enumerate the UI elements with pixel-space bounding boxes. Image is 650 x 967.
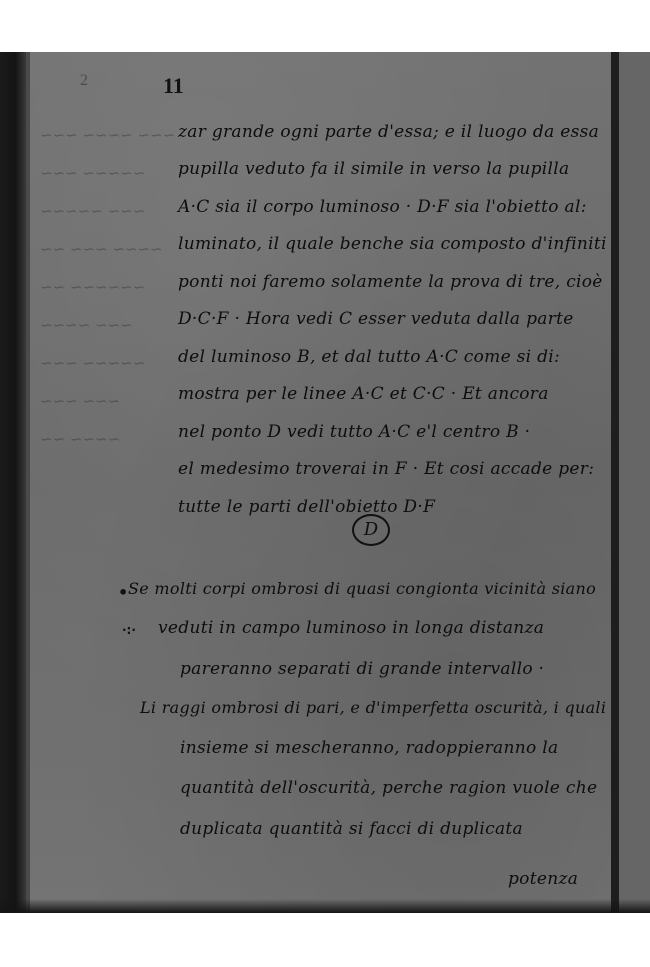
bleed-through-text: ~~~ ~~~~ ~~~ — [40, 126, 175, 138]
text-line: pupilla veduto fa il simile in verso la … — [178, 159, 569, 179]
text-line: pareranno separati di grande intervallo … — [180, 659, 544, 679]
text-line: ponti noi faremo solamente la prova di t… — [178, 272, 603, 292]
margin-dots-mark: ·:· — [122, 623, 136, 637]
binding-shadow-left — [0, 52, 26, 913]
text-line: luminato, il quale benche sia composto d… — [178, 234, 607, 254]
page-edge-right — [611, 52, 619, 913]
text-line: tutte le parti dell'obietto D·F — [178, 497, 435, 517]
bleed-through-text: ~~~~~ ~~~ — [40, 164, 145, 176]
manuscript-scan: ~~~ ~~~~ ~~~ ~~~~~ ~~~ ~~~ ~~~~~ ~~~~ ~~… — [0, 52, 650, 913]
paragraph-marker: • — [118, 583, 128, 602]
bleed-through-text: ~~~~~ ~~~ — [40, 354, 145, 366]
text-line: el medesimo troverai in F · Et cosi acca… — [178, 459, 594, 479]
bleed-through-text: ~~~ ~~~~~ — [40, 202, 145, 214]
catchword: potenza — [508, 869, 578, 889]
folio-number: 11 — [163, 73, 184, 99]
text-line: del luminoso B, et dal tutto A·C come si… — [178, 347, 560, 367]
text-line: Li raggi ombrosi di pari, e d'imperfetta… — [140, 698, 606, 717]
page-bottom-shadow — [0, 899, 650, 913]
text-line: quantità dell'oscurità, perche ragion vu… — [180, 778, 597, 798]
section-mark: D — [352, 514, 390, 546]
text-line: D·C·F · Hora vedi C esser veduta dalla p… — [178, 309, 574, 329]
bleed-through-text: ~~~~~~ ~~ — [40, 278, 145, 290]
text-line: nel ponto D vedi tutto A·C e'l centro B … — [178, 422, 530, 442]
folio-faint-mark: 2 — [80, 72, 88, 90]
text-line: zar grande ogni parte d'essa; e il luogo… — [178, 122, 599, 142]
bleed-through-text: ~~~~ ~~~ ~~ — [40, 240, 163, 252]
text-line: mostra per le linee A·C et C·C · Et anco… — [178, 384, 549, 404]
page-edge-left — [26, 52, 30, 913]
text-line: Se molti corpi ombrosi di quasi congiont… — [128, 579, 596, 598]
bleed-through-text: ~~~ ~~~ — [40, 392, 120, 404]
text-line: duplicata quantità si facci di duplicata — [180, 819, 523, 839]
text-line: veduti in campo luminoso in longa distan… — [158, 618, 544, 638]
bleed-through-text: ~~~ ~~~~ — [40, 316, 133, 328]
text-line: insieme si mescheranno, radoppieranno la — [180, 738, 558, 758]
bleed-through-text: ~~~~ ~~ — [40, 430, 120, 442]
text-line: A·C sia il corpo luminoso · D·F sia l'ob… — [178, 197, 587, 217]
adjacent-page-strip — [619, 52, 650, 913]
